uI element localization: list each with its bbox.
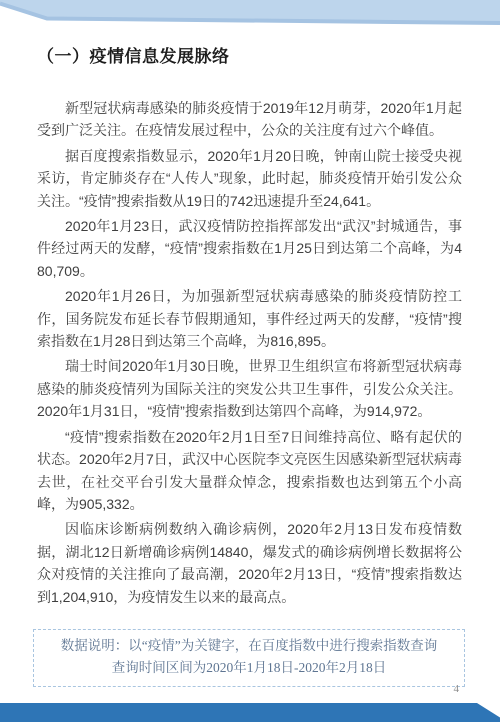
data-note-line-1: 数据说明：以“疫情”为关键字，在百度指数中进行搜索指数查询 bbox=[42, 635, 456, 657]
page-number: 4 bbox=[454, 683, 460, 695]
footer-bar bbox=[0, 703, 500, 722]
page-title: （一）疫情信息发展脉络 bbox=[37, 42, 462, 67]
body-paragraph: 因临床诊断病例数纳入确诊病例，2020年2月13日发布疫情数据，湖北12日新增确… bbox=[37, 518, 462, 608]
data-note-line-2: 查询时间区间为2020年1月18日-2020年2月18日 bbox=[42, 657, 456, 679]
body-paragraph: 据百度搜索指数显示，2020年1月20日晚，钟南山院士接受央视采访，肯定肺炎存在… bbox=[37, 145, 462, 212]
body-paragraph: “疫情”搜索指数在2020年2月1日至7日间维持高位、略有起伏的状态。2020年… bbox=[37, 426, 462, 516]
body-text: 新型冠状病毒感染的肺炎疫情于2019年12月萌芽，2020年1月起受到广泛关注。… bbox=[37, 97, 462, 608]
body-paragraph: 2020年1月26日，为加强新型冠状病毒感染的肺炎疫情防控工作，国务院发布延长春… bbox=[37, 285, 462, 352]
body-paragraph: 2020年1月23日，武汉疫情防控指挥部发出“武汉”封城通告，事件经过两天的发酵… bbox=[37, 215, 462, 282]
body-paragraph: 瑞士时间2020年1月30日晚，世界卫生组织宣布将新型冠状病毒感染的肺炎疫情列为… bbox=[37, 355, 462, 422]
body-paragraph: 新型冠状病毒感染的肺炎疫情于2019年12月萌芽，2020年1月起受到广泛关注。… bbox=[37, 97, 462, 142]
header-ribbon bbox=[0, 0, 500, 27]
footer-bar-fill bbox=[0, 703, 500, 722]
main-content: （一）疫情信息发展脉络 新型冠状病毒感染的肺炎疫情于2019年12月萌芽，202… bbox=[37, 42, 462, 611]
data-note-box: 数据说明：以“疫情”为关键字，在百度指数中进行搜索指数查询 查询时间区间为202… bbox=[33, 629, 465, 687]
document-page: { "page": { "title": "（一）疫情信息发展脉络", "pag… bbox=[0, 0, 500, 722]
